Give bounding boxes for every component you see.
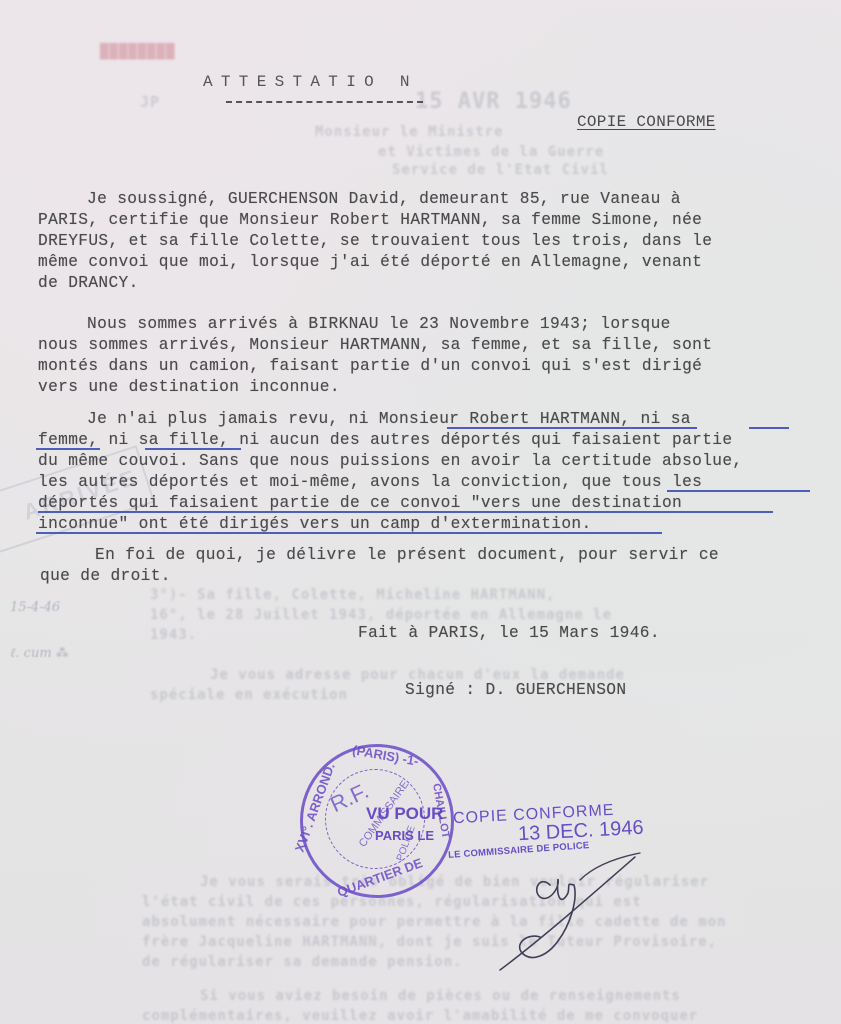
p1-line-2: PARIS, certifie que Monsieur Robert HART…: [38, 210, 702, 231]
pen-underline: [36, 532, 662, 534]
bleed-header-stamp: 15 AVR 1946: [415, 92, 572, 112]
margin-date-note: 15-4-46: [10, 600, 60, 615]
margin-scribble: ℓ. cum ⁂: [10, 645, 69, 661]
stamp-paris-le: PARIS LE: [375, 828, 434, 843]
bleed-line: 1943.: [150, 625, 197, 645]
title-underline: [226, 101, 423, 103]
p2-line-1: Nous sommes arrivés à BIRKNAU le 23 Nove…: [87, 314, 671, 335]
bleed-red-mark: ████████: [100, 42, 175, 62]
p1-line-4: même convoi que moi, lorsque j'ai été dé…: [38, 252, 702, 273]
p4-line-1: En foi de quoi, je délivre le présent do…: [95, 545, 719, 566]
pen-underline: [36, 448, 100, 450]
bleed-line: 16°, le 28 Juillet 1943, déportée en All…: [150, 605, 612, 625]
pen-underline: [38, 511, 773, 513]
document-title: ATTESTATIO N: [203, 73, 418, 91]
p2-line-2: nous sommes arrivés, Monsieur HARTMANN, …: [38, 335, 712, 356]
pen-underline: [667, 490, 810, 492]
p1-line-5: de DRANCY.: [38, 273, 139, 294]
p3-line-4: les autres déportés et moi-même, avons l…: [38, 472, 702, 493]
p1-line-1: Je soussigné, GUERCHENSON David, demeura…: [87, 189, 681, 210]
p2-line-3: montés dans un camion, faisant partie d'…: [38, 356, 702, 377]
p4-line-2: que de droit.: [40, 566, 171, 587]
p1-line-3: DREYFUS, et sa fille Colette, se trouvai…: [38, 231, 712, 252]
bleed-line: et Victimes de la Guerre: [378, 142, 604, 162]
p3-line-2: femme, ni sa fille, ni aucun des autres …: [38, 430, 732, 451]
bleed-line: spéciale en exécution: [150, 685, 348, 705]
bleed-line: 3°)- Sa fille, Colette, Micheline HARTMA…: [150, 585, 555, 605]
pen-underline: [447, 427, 697, 429]
bleed-line: Monsieur le Ministre: [315, 122, 504, 142]
bleed-line: de régulariser sa demande pension.: [142, 952, 463, 972]
signature-line: Signé : D. GUERCHENSON: [405, 680, 626, 701]
p2-line-4: vers une destination inconnue.: [38, 377, 340, 398]
bleed-line: complémentaires, veuillez avoir l'amabil…: [142, 1006, 698, 1024]
copie-conforme-label: COPIE CONFORME: [577, 113, 716, 131]
bleed-margin-jp: JP: [140, 92, 160, 112]
bleed-line: Service de l'Etat Civil: [392, 160, 609, 180]
stamp-vu-pour: VU POUR: [366, 804, 443, 824]
handwritten-signature: [470, 845, 670, 975]
bleed-line: Si vous aviez besoin de pièces ou de ren…: [200, 986, 681, 1006]
pen-underline: [749, 427, 789, 429]
pen-underline: [145, 448, 241, 450]
p3-line-3: du même couvoi. Sans que nous puissions …: [38, 451, 743, 472]
place-date: Fait à PARIS, le 15 Mars 1946.: [358, 623, 660, 644]
